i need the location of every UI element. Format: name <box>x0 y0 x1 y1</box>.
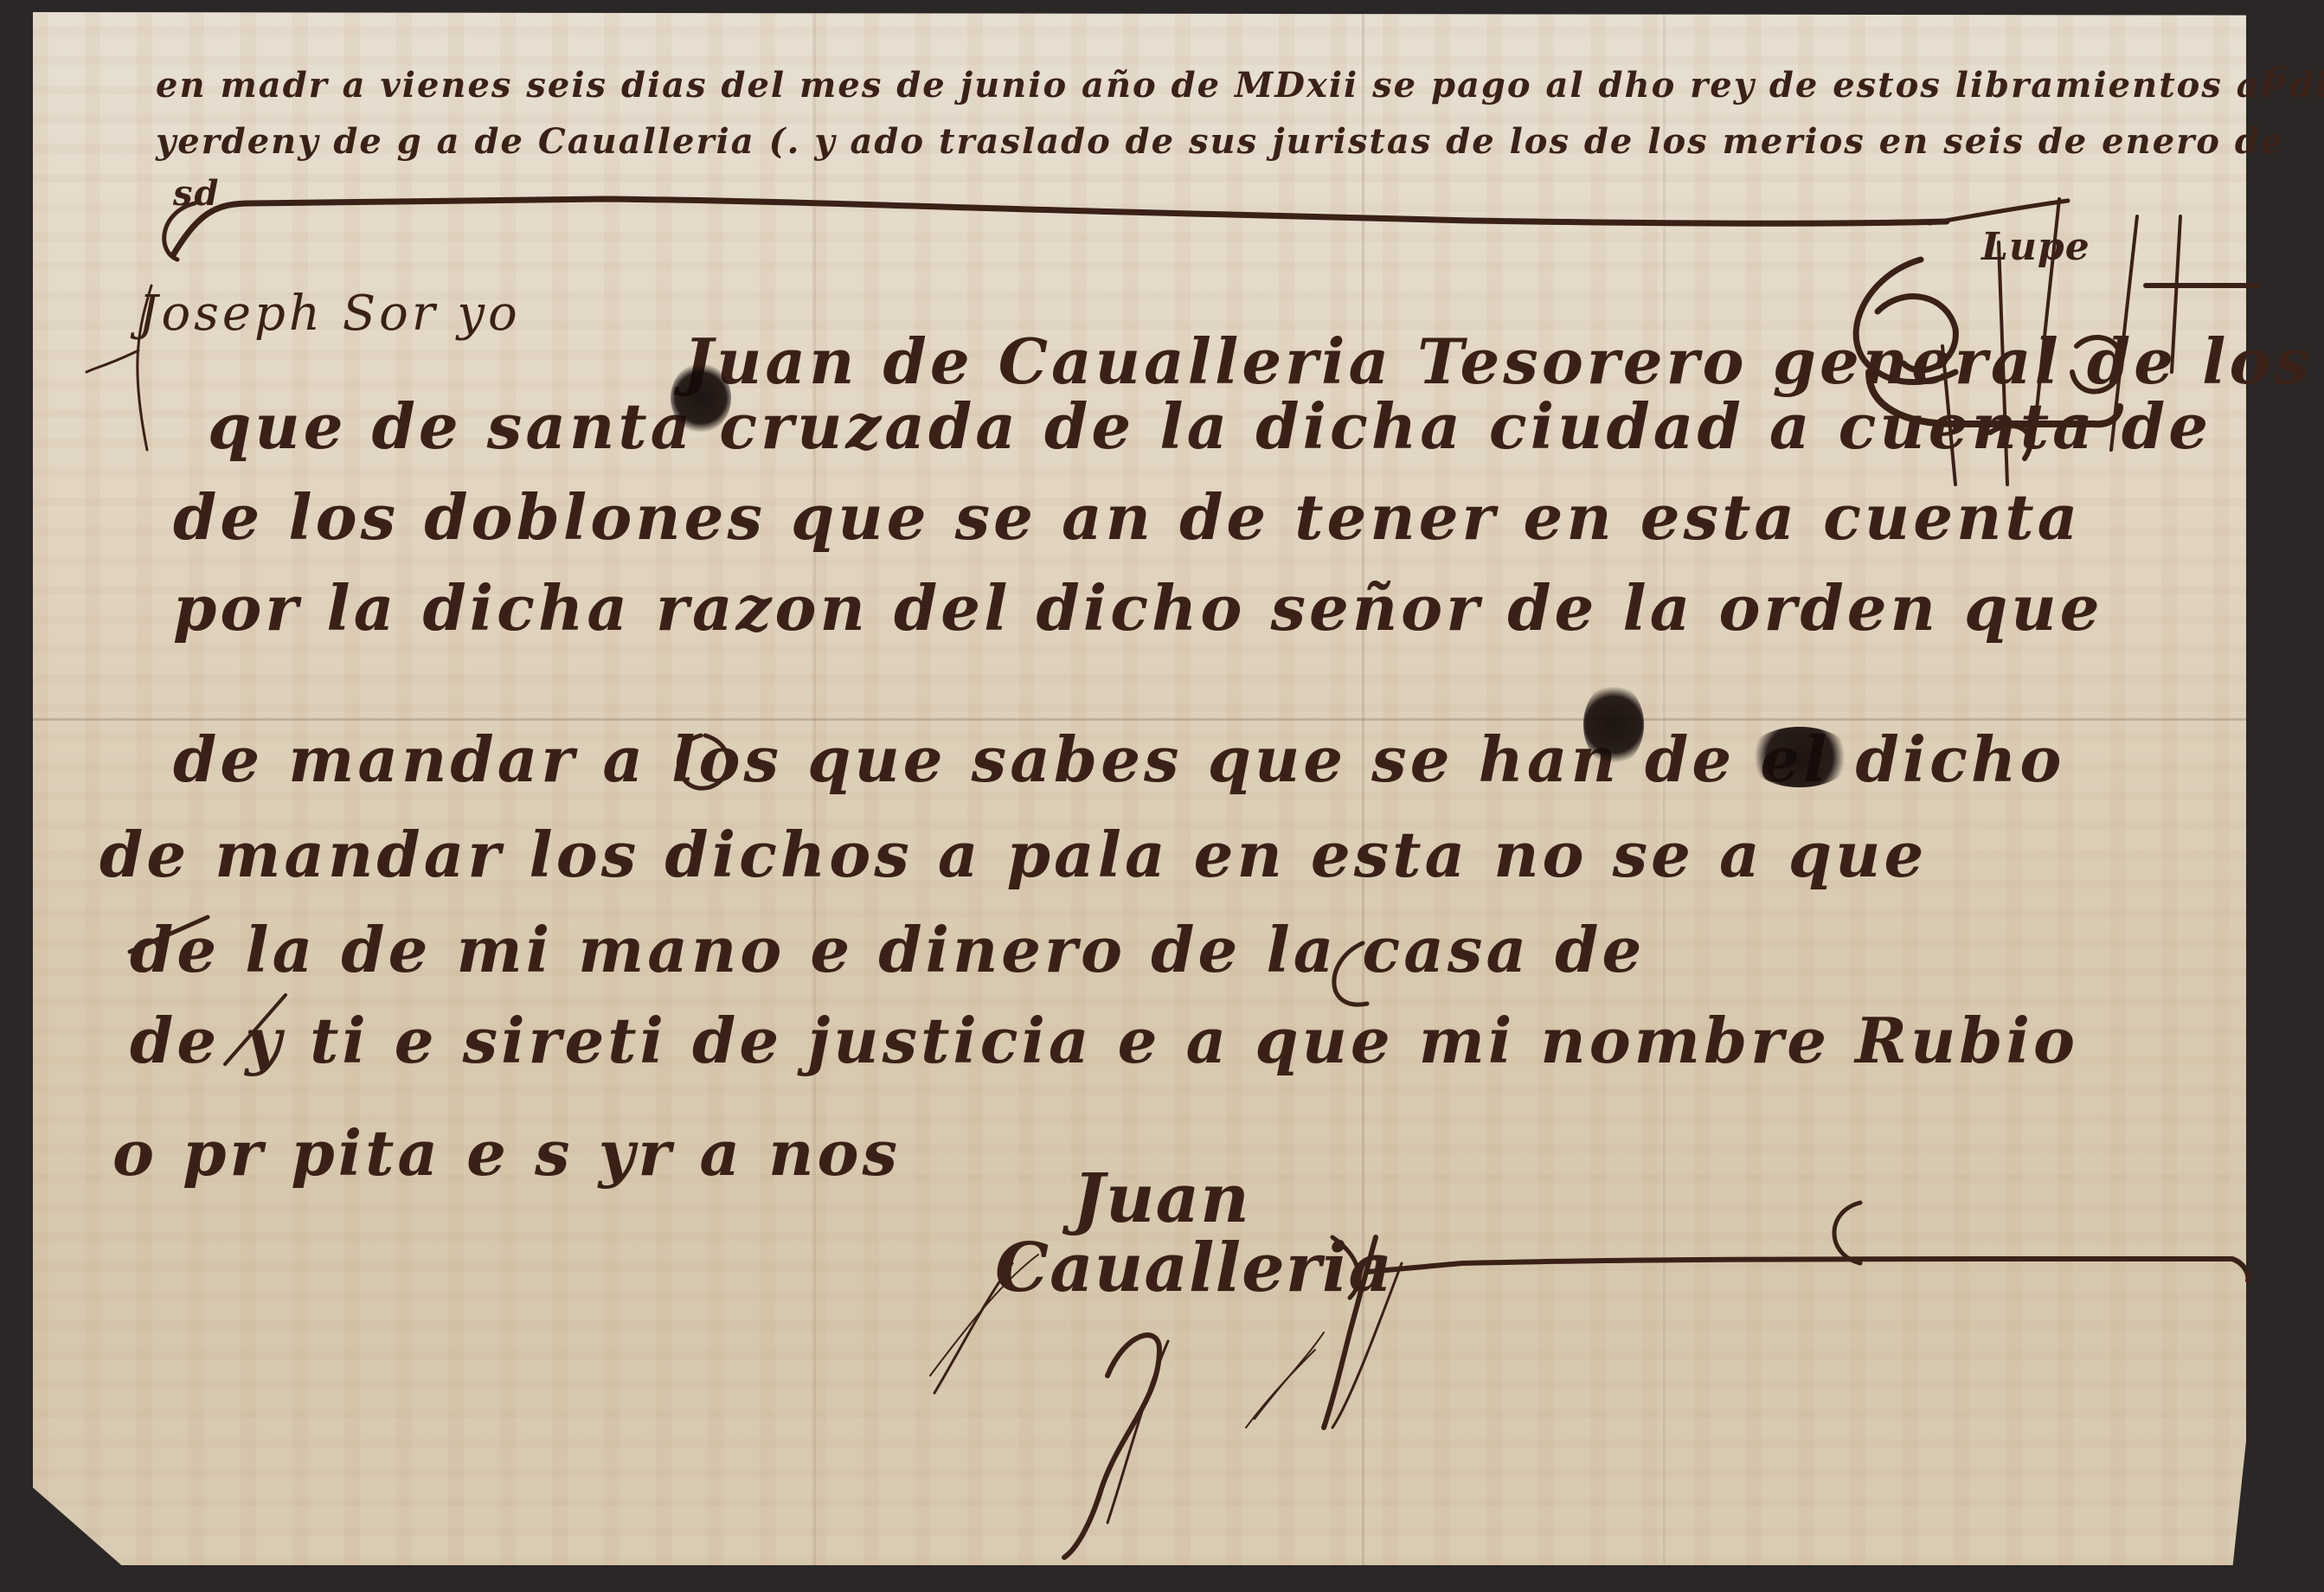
pen-flourishes <box>0 0 2324 1592</box>
